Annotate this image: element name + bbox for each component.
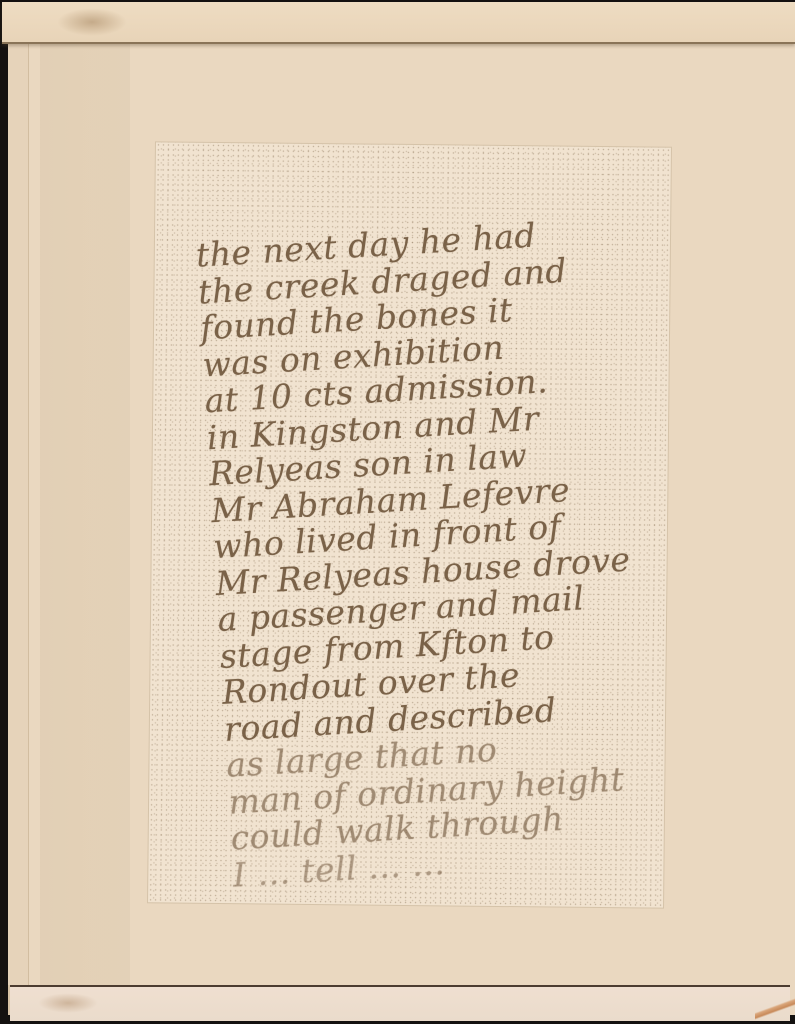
bottom-folded-flap (10, 985, 790, 1021)
stain-mark (57, 8, 127, 36)
stain-mark (38, 993, 98, 1013)
left-binding-strip (8, 40, 29, 985)
handwritten-text: the next day he had the creek draged and… (195, 210, 671, 908)
tape-residue-band (40, 30, 130, 985)
curled-corner (755, 998, 795, 1020)
top-folded-flap (2, 2, 795, 44)
letter-sheet: the next day he had the creek draged and… (148, 142, 671, 907)
